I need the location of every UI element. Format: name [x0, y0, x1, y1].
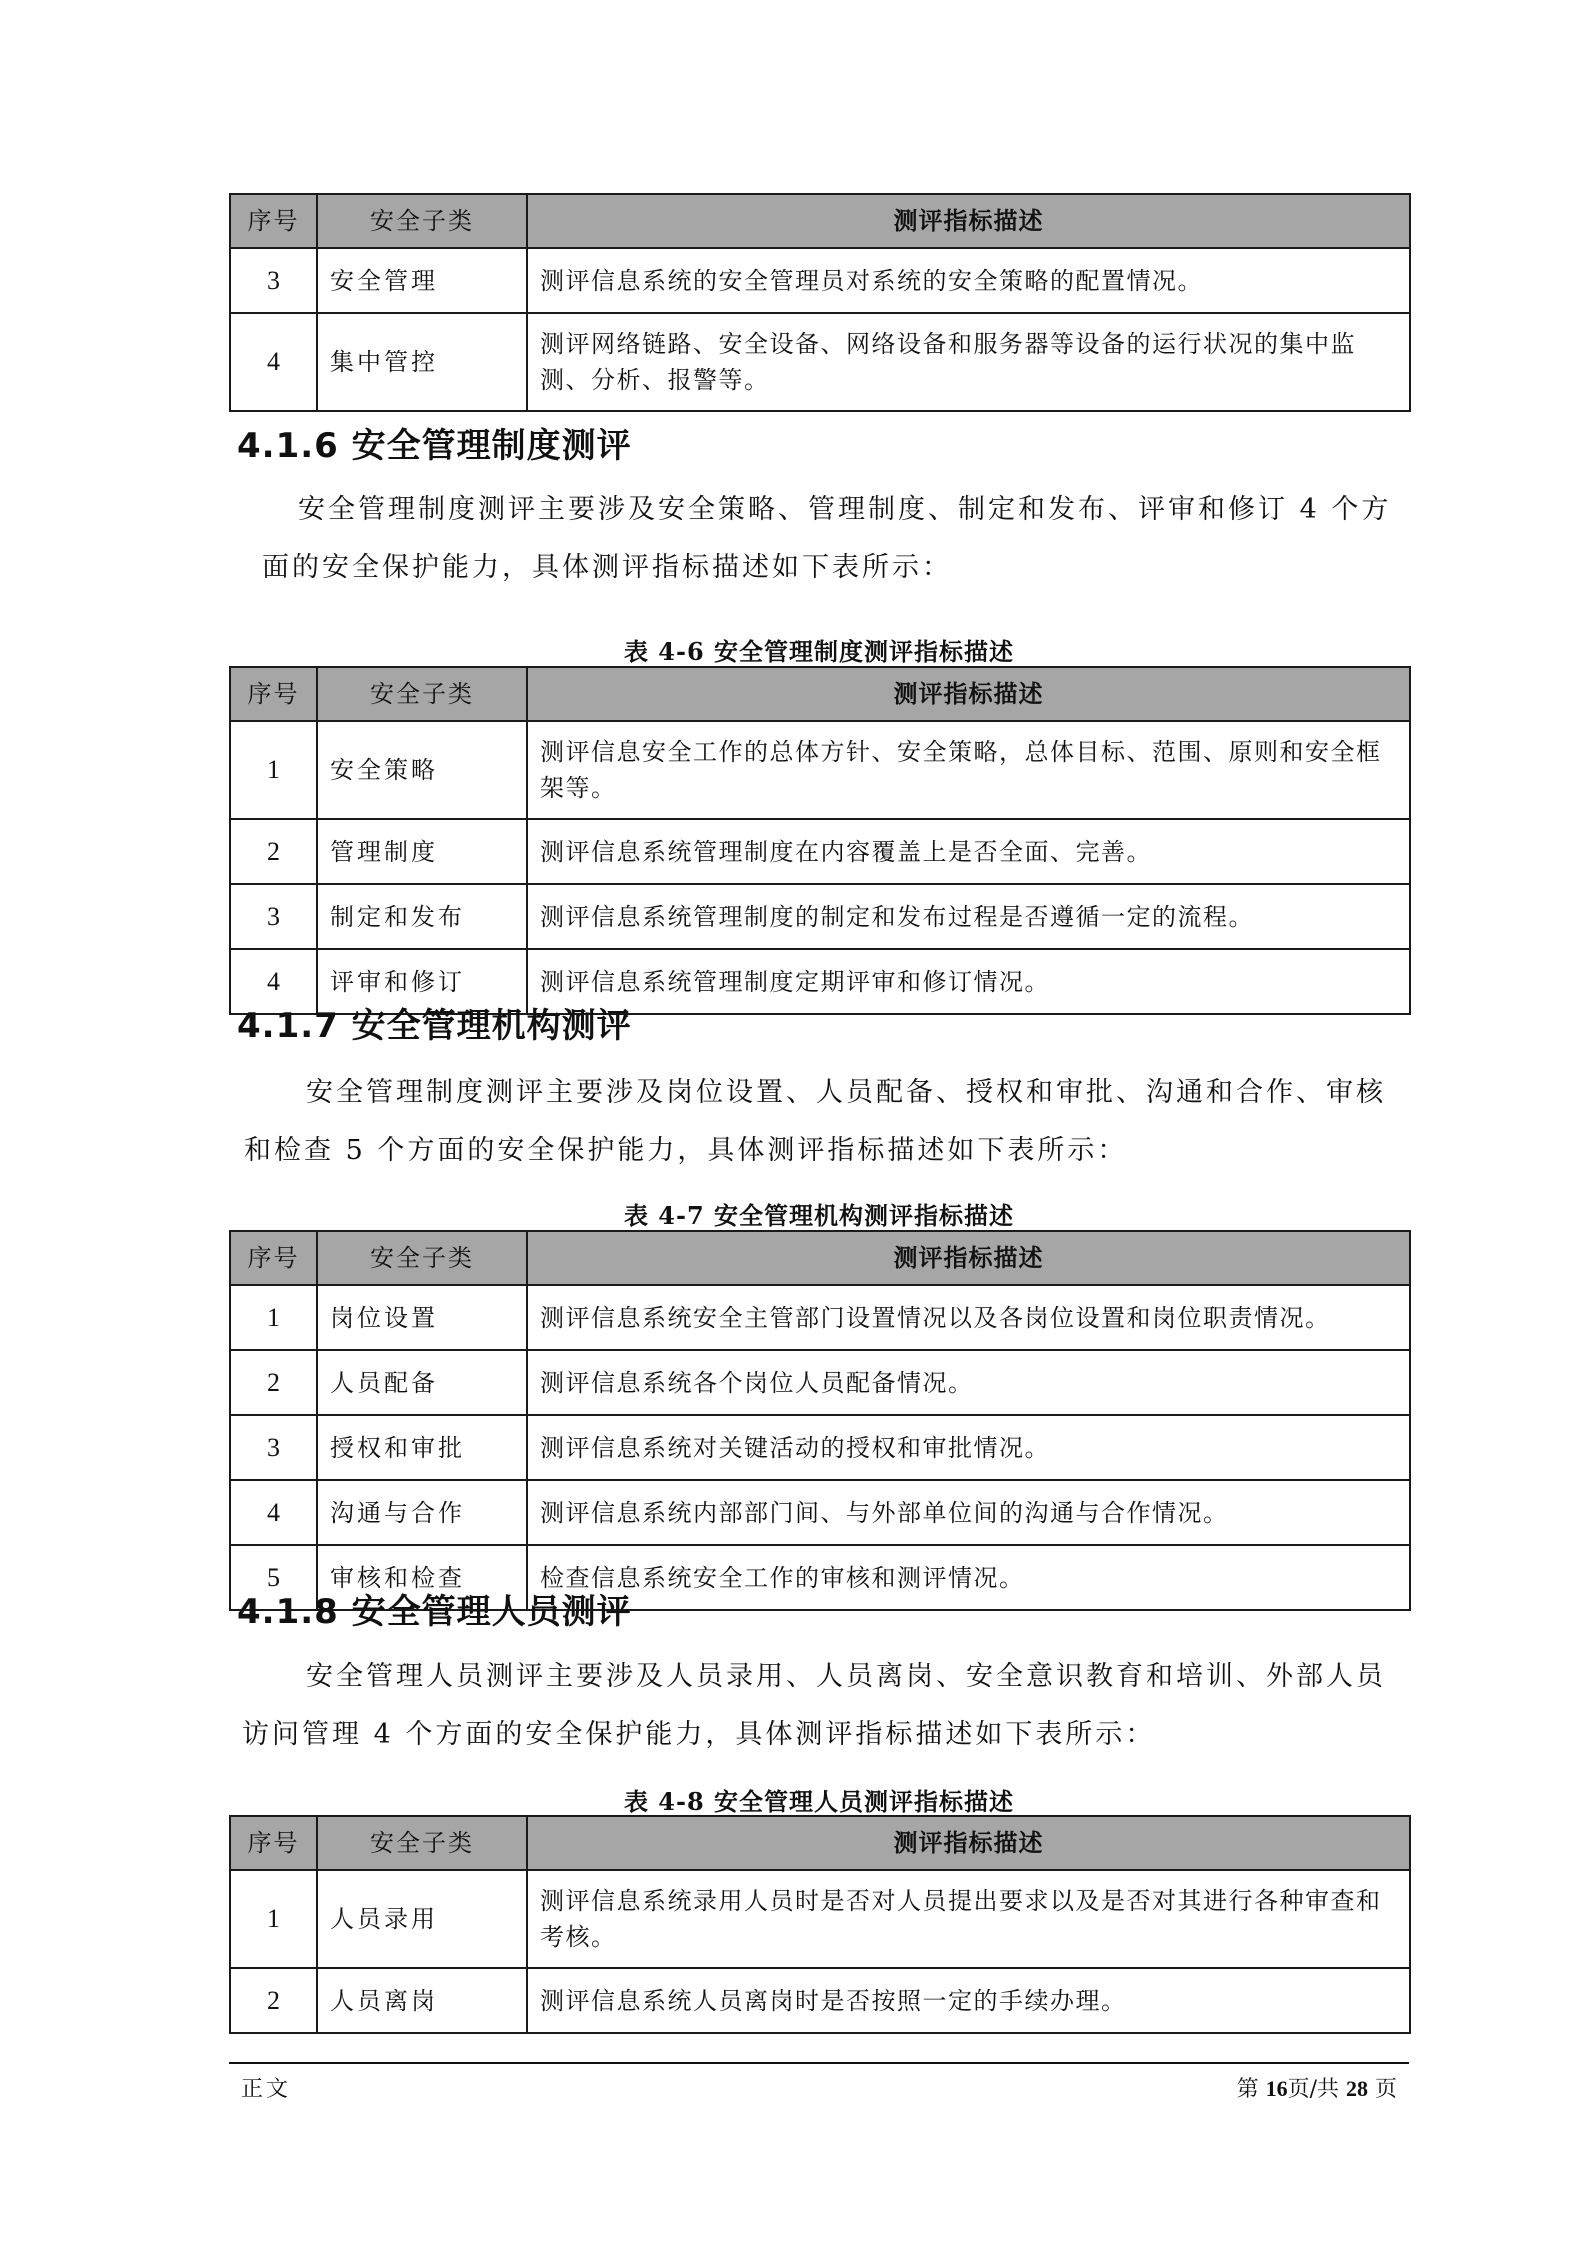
- section-paragraph-4-1-7: 安全管理制度测评主要涉及岗位设置、人员配备、授权和审批、沟通和合作、审核和检查 …: [244, 1064, 1409, 1180]
- header-category: 安全子类: [317, 1816, 527, 1870]
- table-header-row: 序号 安全子类 测评指标描述: [230, 1816, 1410, 1870]
- footer-section-label: 正文: [241, 2072, 291, 2103]
- header-desc: 测评指标描述: [527, 1816, 1410, 1870]
- section-heading-4-1-6: 4.1.6 安全管理制度测评: [237, 418, 632, 467]
- row-num: 3: [230, 884, 317, 949]
- header-desc: 测评指标描述: [527, 1231, 1410, 1285]
- row-num: 3: [230, 1415, 317, 1480]
- header-num: 序号: [230, 1816, 317, 1870]
- section-paragraph-4-1-6: 安全管理制度测评主要涉及安全策略、管理制度、制定和发布、评审和修订 4 个方面的…: [262, 481, 1402, 597]
- row-num: 3: [230, 248, 317, 313]
- table-caption-4-6: 表 4-6 安全管理制度测评指标描述: [229, 632, 1409, 667]
- page-suffix: 页: [1368, 2077, 1397, 2102]
- table-row: 2 管理制度 测评信息系统管理制度在内容覆盖上是否全面、完善。: [230, 819, 1410, 884]
- table-row: 4 沟通与合作 测评信息系统内部部门间、与外部单位间的沟通与合作情况。: [230, 1480, 1410, 1545]
- row-desc: 测评信息系统各个岗位人员配备情况。: [527, 1350, 1410, 1415]
- header-category: 安全子类: [317, 194, 527, 248]
- page-prefix: 第: [1237, 2077, 1266, 2102]
- row-num: 1: [230, 1870, 317, 1968]
- table-row: 1 安全策略 测评信息安全工作的总体方针、安全策略，总体目标、范围、原则和安全框…: [230, 721, 1410, 819]
- row-desc: 测评信息系统录用人员时是否对人员提出要求以及是否对其进行各种审查和考核。: [527, 1870, 1410, 1968]
- table-row: 3 安全管理 测评信息系统的安全管理员对系统的安全策略的配置情况。: [230, 248, 1410, 313]
- table-header-row: 序号 安全子类 测评指标描述: [230, 667, 1410, 721]
- row-desc: 测评信息系统对关键活动的授权和审批情况。: [527, 1415, 1410, 1480]
- table-header-row: 序号 安全子类 测评指标描述: [230, 194, 1410, 248]
- row-desc: 测评信息系统安全主管部门设置情况以及各岗位设置和岗位职责情况。: [527, 1285, 1410, 1350]
- document-page: 序号 安全子类 测评指标描述 3 安全管理 测评信息系统的安全管理员对系统的安全…: [0, 0, 1587, 2245]
- row-num: 2: [230, 1968, 317, 2033]
- row-desc: 检查信息系统安全工作的审核和测评情况。: [527, 1545, 1410, 1610]
- table-4-7: 序号 安全子类 测评指标描述 1 岗位设置 测评信息系统安全主管部门设置情况以及…: [229, 1230, 1411, 1611]
- header-num: 序号: [230, 194, 317, 248]
- table-caption-4-7: 表 4-7 安全管理机构测评指标描述: [229, 1196, 1409, 1231]
- row-num: 4: [230, 313, 317, 411]
- row-num: 4: [230, 1480, 317, 1545]
- row-category: 管理制度: [317, 819, 527, 884]
- row-category: 人员录用: [317, 1870, 527, 1968]
- row-category: 制定和发布: [317, 884, 527, 949]
- row-desc: 测评信息安全工作的总体方针、安全策略，总体目标、范围、原则和安全框架等。: [527, 721, 1410, 819]
- row-desc: 测评信息系统内部部门间、与外部单位间的沟通与合作情况。: [527, 1480, 1410, 1545]
- row-category: 集中管控: [317, 313, 527, 411]
- page-current: 16: [1266, 2076, 1288, 2101]
- row-category: 人员离岗: [317, 1968, 527, 2033]
- table-row: 4 集中管控 测评网络链路、安全设备、网络设备和服务器等设备的运行状况的集中监测…: [230, 313, 1410, 411]
- row-category: 人员配备: [317, 1350, 527, 1415]
- header-category: 安全子类: [317, 667, 527, 721]
- row-desc: 测评信息系统人员离岗时是否按照一定的手续办理。: [527, 1968, 1410, 2033]
- table-header-row: 序号 安全子类 测评指标描述: [230, 1231, 1410, 1285]
- header-num: 序号: [230, 667, 317, 721]
- table-row: 3 制定和发布 测评信息系统管理制度的制定和发布过程是否遵循一定的流程。: [230, 884, 1410, 949]
- row-num: 1: [230, 721, 317, 819]
- row-num: 2: [230, 1350, 317, 1415]
- header-desc: 测评指标描述: [527, 194, 1410, 248]
- row-category: 安全管理: [317, 248, 527, 313]
- row-num: 2: [230, 819, 317, 884]
- table-caption-4-8: 表 4-8 安全管理人员测评指标描述: [229, 1782, 1409, 1817]
- page-total: 28: [1346, 2076, 1368, 2101]
- table-continued: 序号 安全子类 测评指标描述 3 安全管理 测评信息系统的安全管理员对系统的安全…: [229, 193, 1411, 412]
- section-heading-4-1-8: 4.1.8 安全管理人员测评: [237, 1584, 632, 1633]
- table-row: 1 人员录用 测评信息系统录用人员时是否对人员提出要求以及是否对其进行各种审查和…: [230, 1870, 1410, 1968]
- section-heading-4-1-7: 4.1.7 安全管理机构测评: [237, 998, 632, 1047]
- table-4-6: 序号 安全子类 测评指标描述 1 安全策略 测评信息安全工作的总体方针、安全策略…: [229, 666, 1411, 1015]
- footer-divider: [229, 2062, 1409, 2064]
- row-category: 沟通与合作: [317, 1480, 527, 1545]
- row-desc: 测评信息系统的安全管理员对系统的安全策略的配置情况。: [527, 248, 1410, 313]
- section-paragraph-4-1-8: 安全管理人员测评主要涉及人员录用、人员离岗、安全意识教育和培训、外部人员访问管理…: [242, 1648, 1410, 1764]
- row-category: 岗位设置: [317, 1285, 527, 1350]
- header-desc: 测评指标描述: [527, 667, 1410, 721]
- table-row: 1 岗位设置 测评信息系统安全主管部门设置情况以及各岗位设置和岗位职责情况。: [230, 1285, 1410, 1350]
- row-desc: 测评信息系统管理制度的制定和发布过程是否遵循一定的流程。: [527, 884, 1410, 949]
- header-num: 序号: [230, 1231, 317, 1285]
- row-category: 安全策略: [317, 721, 527, 819]
- table-row: 2 人员离岗 测评信息系统人员离岗时是否按照一定的手续办理。: [230, 1968, 1410, 2033]
- page-number: 第 16页/共 28 页: [1237, 2072, 1397, 2103]
- row-category: 授权和审批: [317, 1415, 527, 1480]
- row-num: 1: [230, 1285, 317, 1350]
- row-desc: 测评网络链路、安全设备、网络设备和服务器等设备的运行状况的集中监测、分析、报警等…: [527, 313, 1410, 411]
- row-desc: 测评信息系统管理制度定期评审和修订情况。: [527, 949, 1410, 1014]
- header-category: 安全子类: [317, 1231, 527, 1285]
- table-4-8: 序号 安全子类 测评指标描述 1 人员录用 测评信息系统录用人员时是否对人员提出…: [229, 1815, 1411, 2034]
- table-row: 3 授权和审批 测评信息系统对关键活动的授权和审批情况。: [230, 1415, 1410, 1480]
- page-mid: 页/共: [1288, 2077, 1346, 2102]
- table-row: 2 人员配备 测评信息系统各个岗位人员配备情况。: [230, 1350, 1410, 1415]
- row-desc: 测评信息系统管理制度在内容覆盖上是否全面、完善。: [527, 819, 1410, 884]
